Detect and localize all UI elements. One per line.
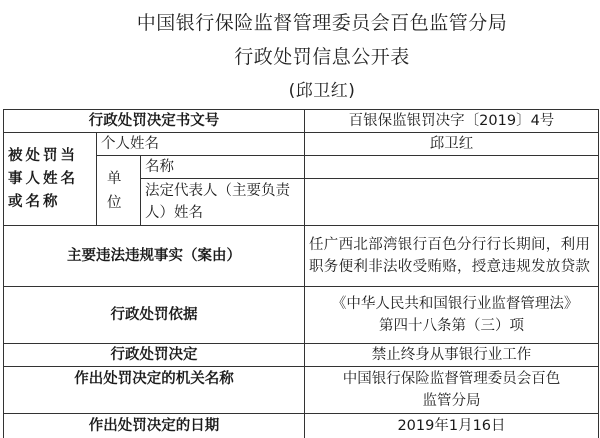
label-decision-date: 作出处罚决定的日期 bbox=[4, 414, 305, 438]
value-personal-name: 邱卫红 bbox=[305, 133, 599, 156]
page-title: 中国银行保险监督管理委员会百色监管分局 bbox=[22, 8, 600, 35]
table-row-personal-name: 被处罚当事人姓名或名称 个人姓名 邱卫红 bbox=[4, 133, 599, 156]
table-row-penalty-basis: 行政处罚依据 《中华人民共和国银行业监督管理法》第四十八条第（三）项 bbox=[4, 287, 599, 344]
value-decision-doc-no: 百银保监银罚决字〔2019〕4号 bbox=[305, 110, 599, 133]
value-penalty-basis: 《中华人民共和国银行业监督管理法》第四十八条第（三）项 bbox=[305, 287, 599, 344]
label-authority: 作出处罚决定的机关名称 bbox=[4, 367, 305, 414]
label-personal-name: 个人姓名 bbox=[97, 133, 305, 156]
label-decision-doc-no: 行政处罚决定书文号 bbox=[4, 110, 305, 133]
label-penalty-basis: 行政处罚依据 bbox=[4, 287, 305, 344]
value-violation-facts: 任广西北部湾银行百色分行行长期间，利用职务便利非法收受贿赂，授意违规发放贷款 bbox=[305, 226, 599, 287]
table-row-violation-facts: 主要违法违规事实（案由） 任广西北部湾银行百色分行行长期间，利用职务便利非法收受… bbox=[4, 226, 599, 287]
value-authority: 中国银行保险监督管理委员会百色监管分局 bbox=[305, 367, 599, 414]
value-unit-name bbox=[305, 156, 599, 179]
label-party: 被处罚当事人姓名或名称 bbox=[4, 133, 97, 226]
value-penalty-decision: 禁止终身从事银行业工作 bbox=[305, 344, 599, 367]
value-legal-rep bbox=[305, 179, 599, 226]
table-row-penalty-decision: 行政处罚决定 禁止终身从事银行业工作 bbox=[4, 344, 599, 367]
label-unit-name: 名称 bbox=[141, 156, 305, 179]
label-legal-rep: 法定代表人（主要负责人）姓名 bbox=[141, 179, 305, 226]
label-unit: 单位 bbox=[97, 156, 141, 226]
table-row-decision-date: 作出处罚决定的日期 2019年1月16日 bbox=[4, 414, 599, 438]
page-subtitle: 行政处罚信息公开表 bbox=[22, 42, 600, 69]
subject-name-heading: (邱卫红) bbox=[22, 76, 600, 101]
table-row-doc-no: 行政处罚决定书文号 百银保监银罚决字〔2019〕4号 bbox=[4, 110, 599, 133]
value-decision-date: 2019年1月16日 bbox=[305, 414, 599, 438]
label-penalty-decision: 行政处罚决定 bbox=[4, 344, 305, 367]
label-violation-facts: 主要违法违规事实（案由） bbox=[4, 226, 305, 287]
penalty-info-table: 行政处罚决定书文号 百银保监银罚决字〔2019〕4号 被处罚当事人姓名或名称 个… bbox=[3, 109, 599, 438]
table-row-authority: 作出处罚决定的机关名称 中国银行保险监督管理委员会百色监管分局 bbox=[4, 367, 599, 414]
